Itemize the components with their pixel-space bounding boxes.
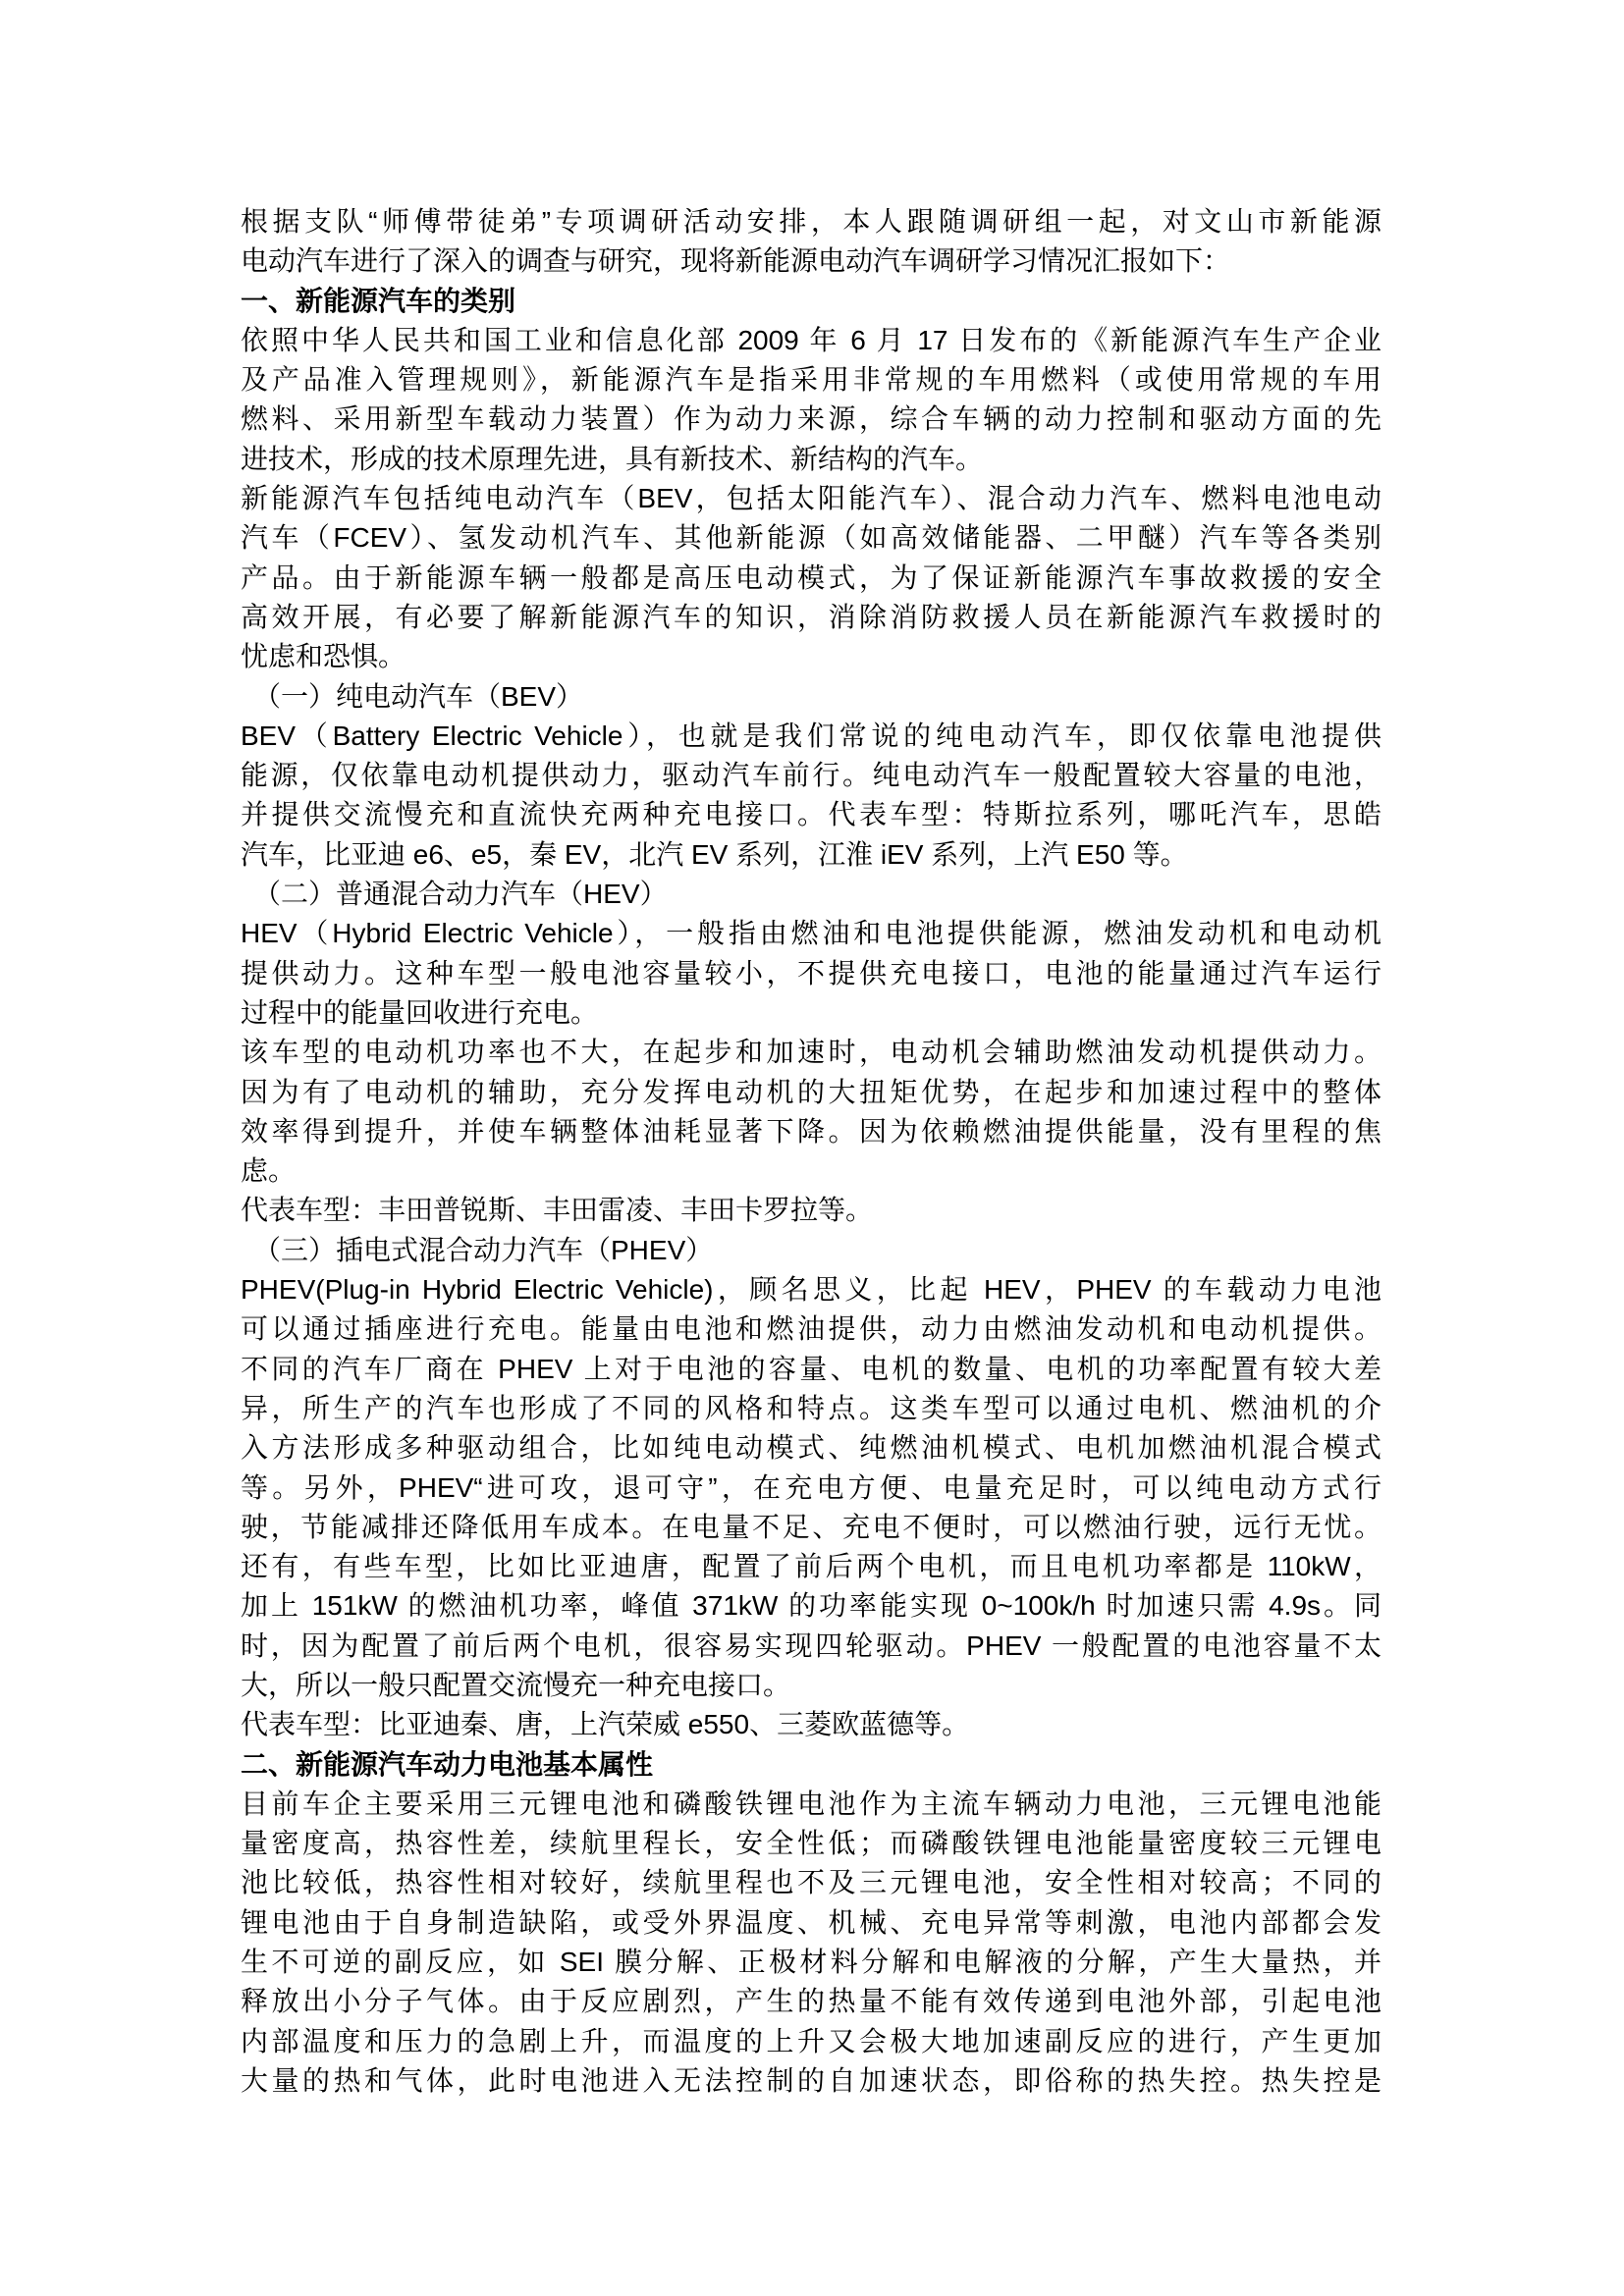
text-line: 等。另外，PHEV“进可攻，退可守”，在充电方便、电量充足时，可以纯电动方式行 [241, 1468, 1381, 1508]
text-line: 代表车型：丰田普锐斯、丰田雷凌、丰田卡罗拉等。 [241, 1191, 1381, 1230]
text-line: HEV（Hybrid Electric Vehicle），一般指由燃油和电池提供… [241, 914, 1381, 953]
text-line: 因为有了电动机的辅助，充分发挥电动机的大扭矩优势，在起步和加速过程中的整体 [241, 1073, 1381, 1112]
text-line: 效率得到提升，并使车辆整体油耗显著下降。因为依赖燃油提供能量，没有里程的焦 [241, 1112, 1381, 1151]
text-line: （二）普通混合动力汽车（HEV） [241, 875, 1381, 914]
text-line: 及产品准入管理规则》，新能源汽车是指采用非常规的车用燃料（或使用常规的车用 [241, 360, 1381, 400]
text-line: 代表车型：比亚迪秦、唐，上汽荣威 e550、三菱欧蓝德等。 [241, 1705, 1381, 1744]
text-line: PHEV(Plug-in Hybrid Electric Vehicle)，顾名… [241, 1270, 1381, 1309]
text-line: 时，因为配置了前后两个电机，很容易实现四轮驱动。PHEV 一般配置的电池容量不太 [241, 1627, 1381, 1666]
text-line: 还有，有些车型，比如比亚迪唐，配置了前后两个电机，而且电机功率都是 110kW， [241, 1547, 1381, 1586]
text-line: 一、新能源汽车的类别 [241, 282, 1381, 321]
document-body: 根据支队“师傅带徒弟”专项调研活动安排，本人跟随调研组一起，对文山市新能源电动汽… [241, 202, 1381, 2101]
text-line: 不同的汽车厂商在 PHEV 上对于电池的容量、电机的数量、电机的功率配置有较大差 [241, 1350, 1381, 1389]
text-line: 驶，节能减排还降低用车成本。在电量不足、充电不便时，可以燃油行驶，远行无忧。 [241, 1508, 1381, 1547]
text-line: 池比较低，热容性相对较好，续航里程也不及三元锂电池，安全性相对较高；不同的 [241, 1863, 1381, 1902]
text-line: 进技术，形成的技术原理先进，具有新技术、新结构的汽车。 [241, 440, 1381, 479]
text-line: 新能源汽车包括纯电动汽车（BEV，包括太阳能汽车）、混合动力汽车、燃料电池电动 [241, 479, 1381, 518]
text-line: 依照中华人民共和国工业和信息化部 2009 年 6 月 17 日发布的《新能源汽… [241, 321, 1381, 360]
text-line: 生不可逆的副反应，如 SEI 膜分解、正极材料分解和电解液的分解，产生大量热，并 [241, 1943, 1381, 1982]
text-line: 根据支队“师傅带徒弟”专项调研活动安排，本人跟随调研组一起，对文山市新能源 [241, 202, 1381, 241]
text-line: 可以通过插座进行充电。能量由电池和燃油提供，动力由燃油发动机和电动机提供。 [241, 1309, 1381, 1349]
text-line: 大，所以一般只配置交流慢充一种充电接口。 [241, 1666, 1381, 1705]
text-line: 锂电池由于自身制造缺陷，或受外界温度、机械、充电异常等刺激，电池内部都会发 [241, 1903, 1381, 1943]
text-line: 汽车（FCEV）、氢发动机汽车、其他新能源（如高效储能器、二甲醚）汽车等各类别 [241, 518, 1381, 558]
text-line: 大量的热和气体，此时电池进入无法控制的自加速状态，即俗称的热失控。热失控是 [241, 2061, 1381, 2101]
text-line: 入方法形成多种驱动组合，比如纯电动模式、纯燃油机模式、电机加燃油机混合模式 [241, 1428, 1381, 1468]
text-line: 该车型的电动机功率也不大，在起步和加速时，电动机会辅助燃油发动机提供动力。 [241, 1033, 1381, 1072]
text-line: BEV（Battery Electric Vehicle），也就是我们常说的纯电… [241, 717, 1381, 756]
text-line: 提供动力。这种车型一般电池容量较小，不提供充电接口，电池的能量通过汽车运行 [241, 954, 1381, 993]
text-line: 加上 151kW 的燃油机功率，峰值 371kW 的功率能实现 0~100k/h… [241, 1586, 1381, 1626]
text-line: 高效开展，有必要了解新能源汽车的知识，消除消防救援人员在新能源汽车救援时的 [241, 598, 1381, 637]
text-line: 产品。由于新能源车辆一般都是高压电动模式，为了保证新能源汽车事故救援的安全 [241, 559, 1381, 598]
text-line: 过程中的能量回收进行充电。 [241, 993, 1381, 1033]
text-line: 目前车企主要采用三元锂电池和磷酸铁锂电池作为主流车辆动力电池，三元锂电池能 [241, 1785, 1381, 1824]
text-line: 二、新能源汽车动力电池基本属性 [241, 1745, 1381, 1785]
text-line: 电动汽车进行了深入的调查与研究，现将新能源电动汽车调研学习情况汇报如下： [241, 241, 1381, 281]
text-line: （一）纯电动汽车（BEV） [241, 677, 1381, 717]
text-line: 内部温度和压力的急剧上升，而温度的上升又会极大地加速副反应的进行，产生更加 [241, 2022, 1381, 2061]
text-line: 能源，仅依靠电动机提供动力，驱动汽车前行。纯电动汽车一般配置较大容量的电池， [241, 756, 1381, 795]
text-line: 汽车，比亚迪 e6、e5，秦 EV，北汽 EV 系列，江淮 iEV 系列，上汽 … [241, 835, 1381, 875]
text-line: 虑。 [241, 1151, 1381, 1191]
text-line: （三）插电式混合动力汽车（PHEV） [241, 1231, 1381, 1270]
text-line: 燃料、采用新型车载动力装置）作为动力来源，综合车辆的动力控制和驱动方面的先 [241, 400, 1381, 439]
text-line: 量密度高，热容性差，续航里程长，安全性低；而磷酸铁锂电池能量密度较三元锂电 [241, 1824, 1381, 1863]
text-line: 释放出小分子气体。由于反应剧烈，产生的热量不能有效传递到电池外部，引起电池 [241, 1982, 1381, 2021]
text-line: 并提供交流慢充和直流快充两种充电接口。代表车型：特斯拉系列，哪吒汽车，思皓 [241, 795, 1381, 834]
document-page: 根据支队“师傅带徒弟”专项调研活动安排，本人跟随调研组一起，对文山市新能源电动汽… [0, 0, 1624, 2296]
text-line: 异，所生产的汽车也形成了不同的风格和特点。这类车型可以通过电机、燃油机的介 [241, 1389, 1381, 1428]
text-line: 忧虑和恐惧。 [241, 637, 1381, 676]
